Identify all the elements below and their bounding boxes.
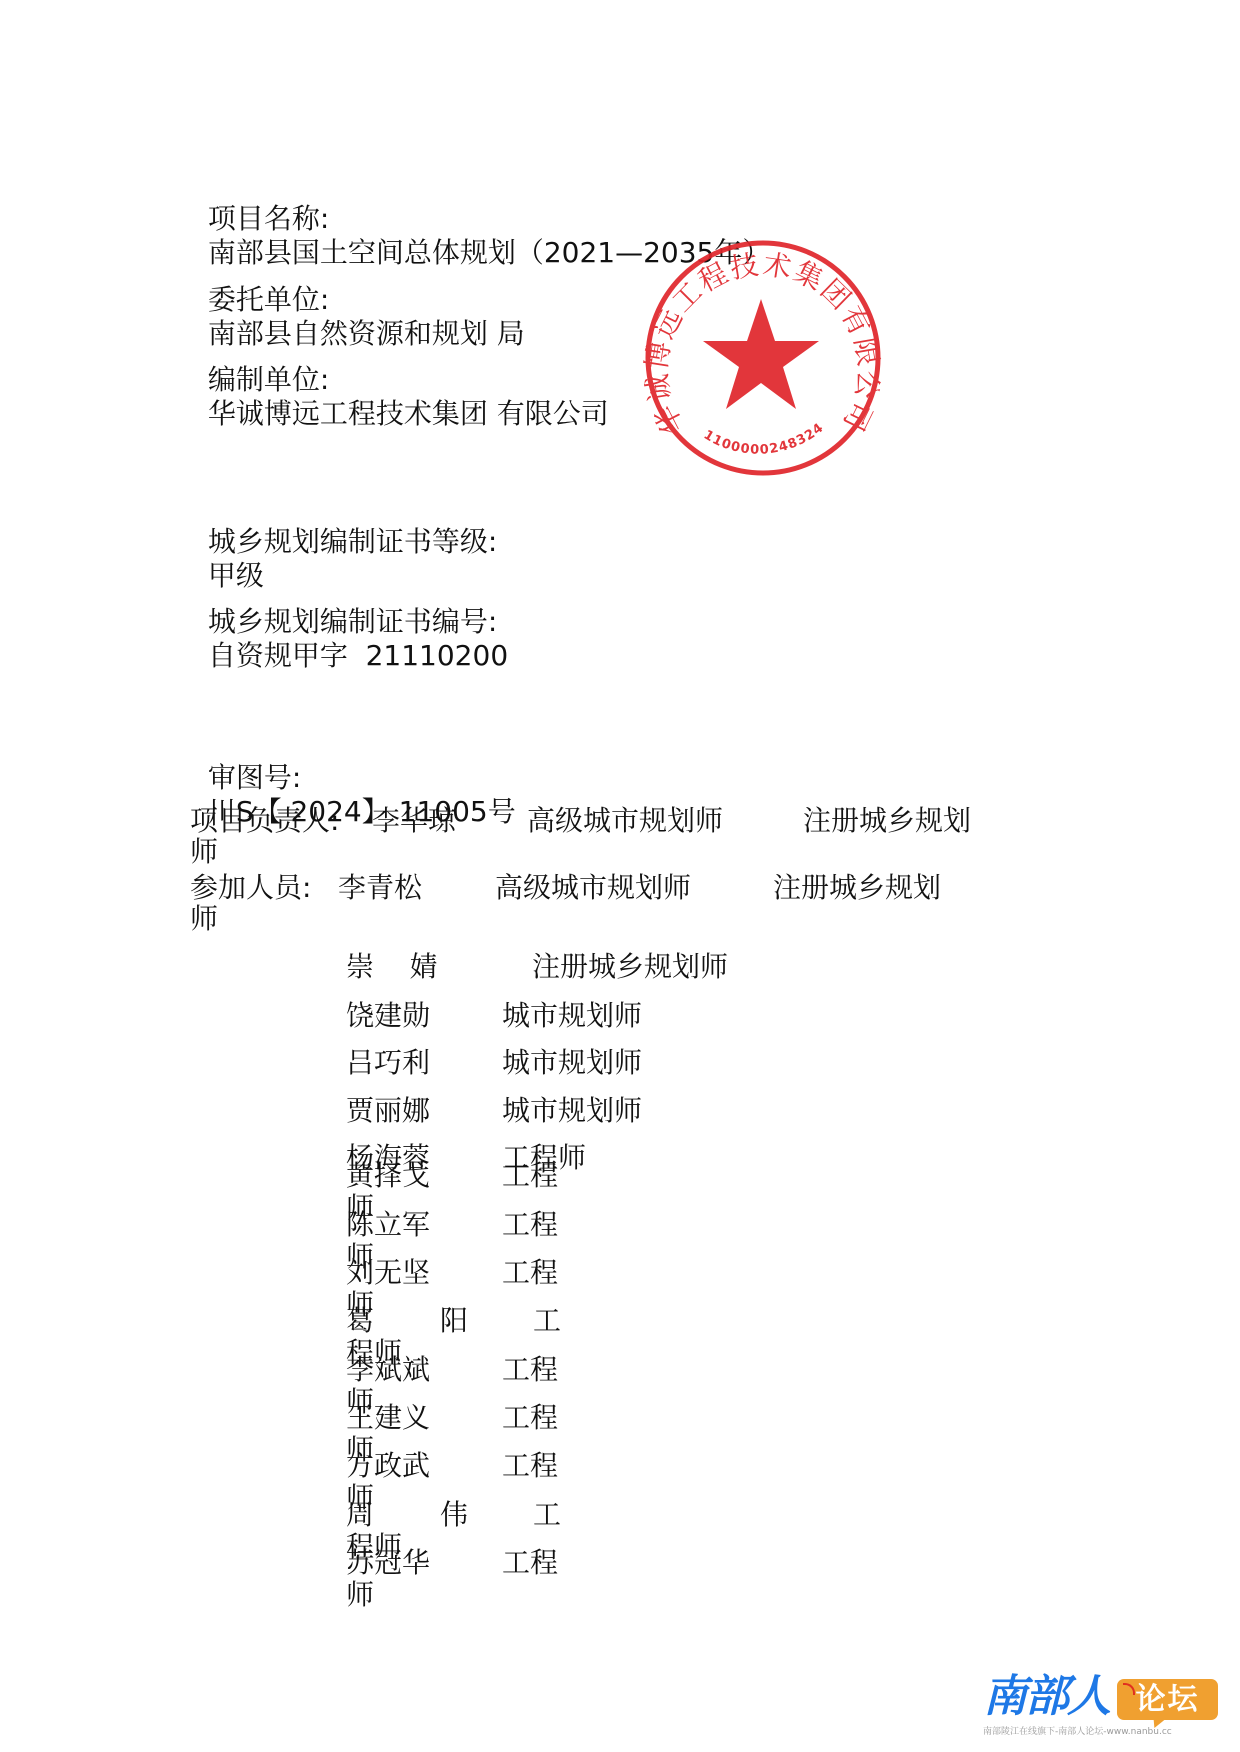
- participant-first-name: 李青松: [338, 872, 422, 904]
- participant-name: 苏冠华: [346, 1547, 430, 1579]
- participant-title: 工: [533, 1499, 561, 1531]
- review-label: 审图号:: [208, 761, 301, 794]
- official-seal-stamp: 华诚博远工程技术集团有限公司 1100000248324: [643, 237, 883, 479]
- svg-text:1100000248324: 1100000248324: [701, 420, 827, 458]
- compiler-label: 编制单位:: [208, 363, 329, 396]
- participant-title-wrap: 师: [346, 1579, 374, 1611]
- participant-first-title-wrap: 师: [190, 903, 218, 935]
- participant-title: 工程: [502, 1547, 558, 1579]
- participant-title: 城市规划师: [502, 1095, 642, 1127]
- participant-name: 周: [346, 1499, 374, 1531]
- participant-name: 方政武: [346, 1450, 430, 1482]
- participant-title: 工: [533, 1305, 561, 1337]
- seal-arc-text: 华诚博远工程技术集团有限公司: [643, 248, 883, 440]
- cert-number-label: 城乡规划编制证书编号:: [208, 605, 497, 638]
- logo-badge: 论坛: [1117, 1679, 1218, 1720]
- client-label: 委托单位:: [208, 283, 329, 316]
- participant-title: 工程: [502, 1450, 558, 1482]
- forum-watermark-logo: 南部人 论坛 南部陵江在线旗下-南部人论坛-www.nanbu.cc: [975, 1670, 1235, 1750]
- participant-name: 陈立军: [346, 1209, 430, 1241]
- participant-name: 刘无坚: [346, 1257, 430, 1289]
- cert-number-value: 自资规甲字 21110200: [208, 639, 508, 672]
- participants-label: 参加人员:: [190, 872, 311, 904]
- logo-caption: 南部陵江在线旗下-南部人论坛-www.nanbu.cc: [983, 1724, 1172, 1737]
- leader-label: 项目负责人:: [190, 805, 339, 837]
- participant-title: 工程: [502, 1209, 558, 1241]
- leader-title-senior: 高级城市规划师: [527, 805, 723, 837]
- logo-brand-text: 南部人: [983, 1672, 1109, 1722]
- participant-name: 王建义: [346, 1402, 430, 1434]
- participant-name: 崇 婧: [346, 951, 438, 983]
- participant-name-second-char: 阳: [440, 1305, 468, 1337]
- signal-icon: [1123, 1683, 1135, 1695]
- participant-title: 工程: [502, 1257, 558, 1289]
- project-name-label: 项目名称:: [208, 202, 329, 235]
- participant-title: 城市规划师: [502, 1047, 642, 1079]
- cert-number-row: 城乡规划编制证书编号: 自资规甲字 21110200: [190, 571, 508, 673]
- participant-name: 黄择戈: [346, 1160, 430, 1192]
- participant-first-title-senior: 高级城市规划师: [495, 872, 691, 904]
- participant-first-title-registered: 注册城乡规划: [773, 872, 941, 904]
- svg-text:华诚博远工程技术集团有限公司: 华诚博远工程技术集团有限公司: [643, 248, 883, 440]
- leader-name: 李华琼: [372, 805, 456, 837]
- leader-title-registered: 注册城乡规划: [803, 805, 971, 837]
- participant-title: 城市规划师: [502, 1000, 642, 1032]
- participant-name: 葛: [346, 1305, 374, 1337]
- participant-name: 饶建勋: [346, 1000, 430, 1032]
- compiler-value: 华诚博远工程技术集团 有限公司: [208, 397, 609, 430]
- participant-name: 贾丽娜: [346, 1095, 430, 1127]
- cert-level-label: 城乡规划编制证书等级:: [208, 525, 497, 558]
- participant-title: 工程: [502, 1160, 558, 1192]
- leader-title-wrap: 师: [190, 836, 218, 868]
- participant-title: 工程: [502, 1402, 558, 1434]
- compiler-row: 编制单位: 华诚博远工程技术集团 有限公司: [190, 329, 609, 431]
- participant-name: 李斌斌: [346, 1354, 430, 1386]
- logo-badge-text: 论坛: [1136, 1682, 1200, 1717]
- participant-title: 工程: [502, 1354, 558, 1386]
- seal-registration-number: 1100000248324: [701, 420, 827, 458]
- participant-name: 吕巧利: [346, 1047, 430, 1079]
- participant-title: 注册城乡规划师: [532, 951, 728, 983]
- seal-star-icon: [703, 299, 819, 409]
- participant-name-second-char: 伟: [440, 1499, 468, 1531]
